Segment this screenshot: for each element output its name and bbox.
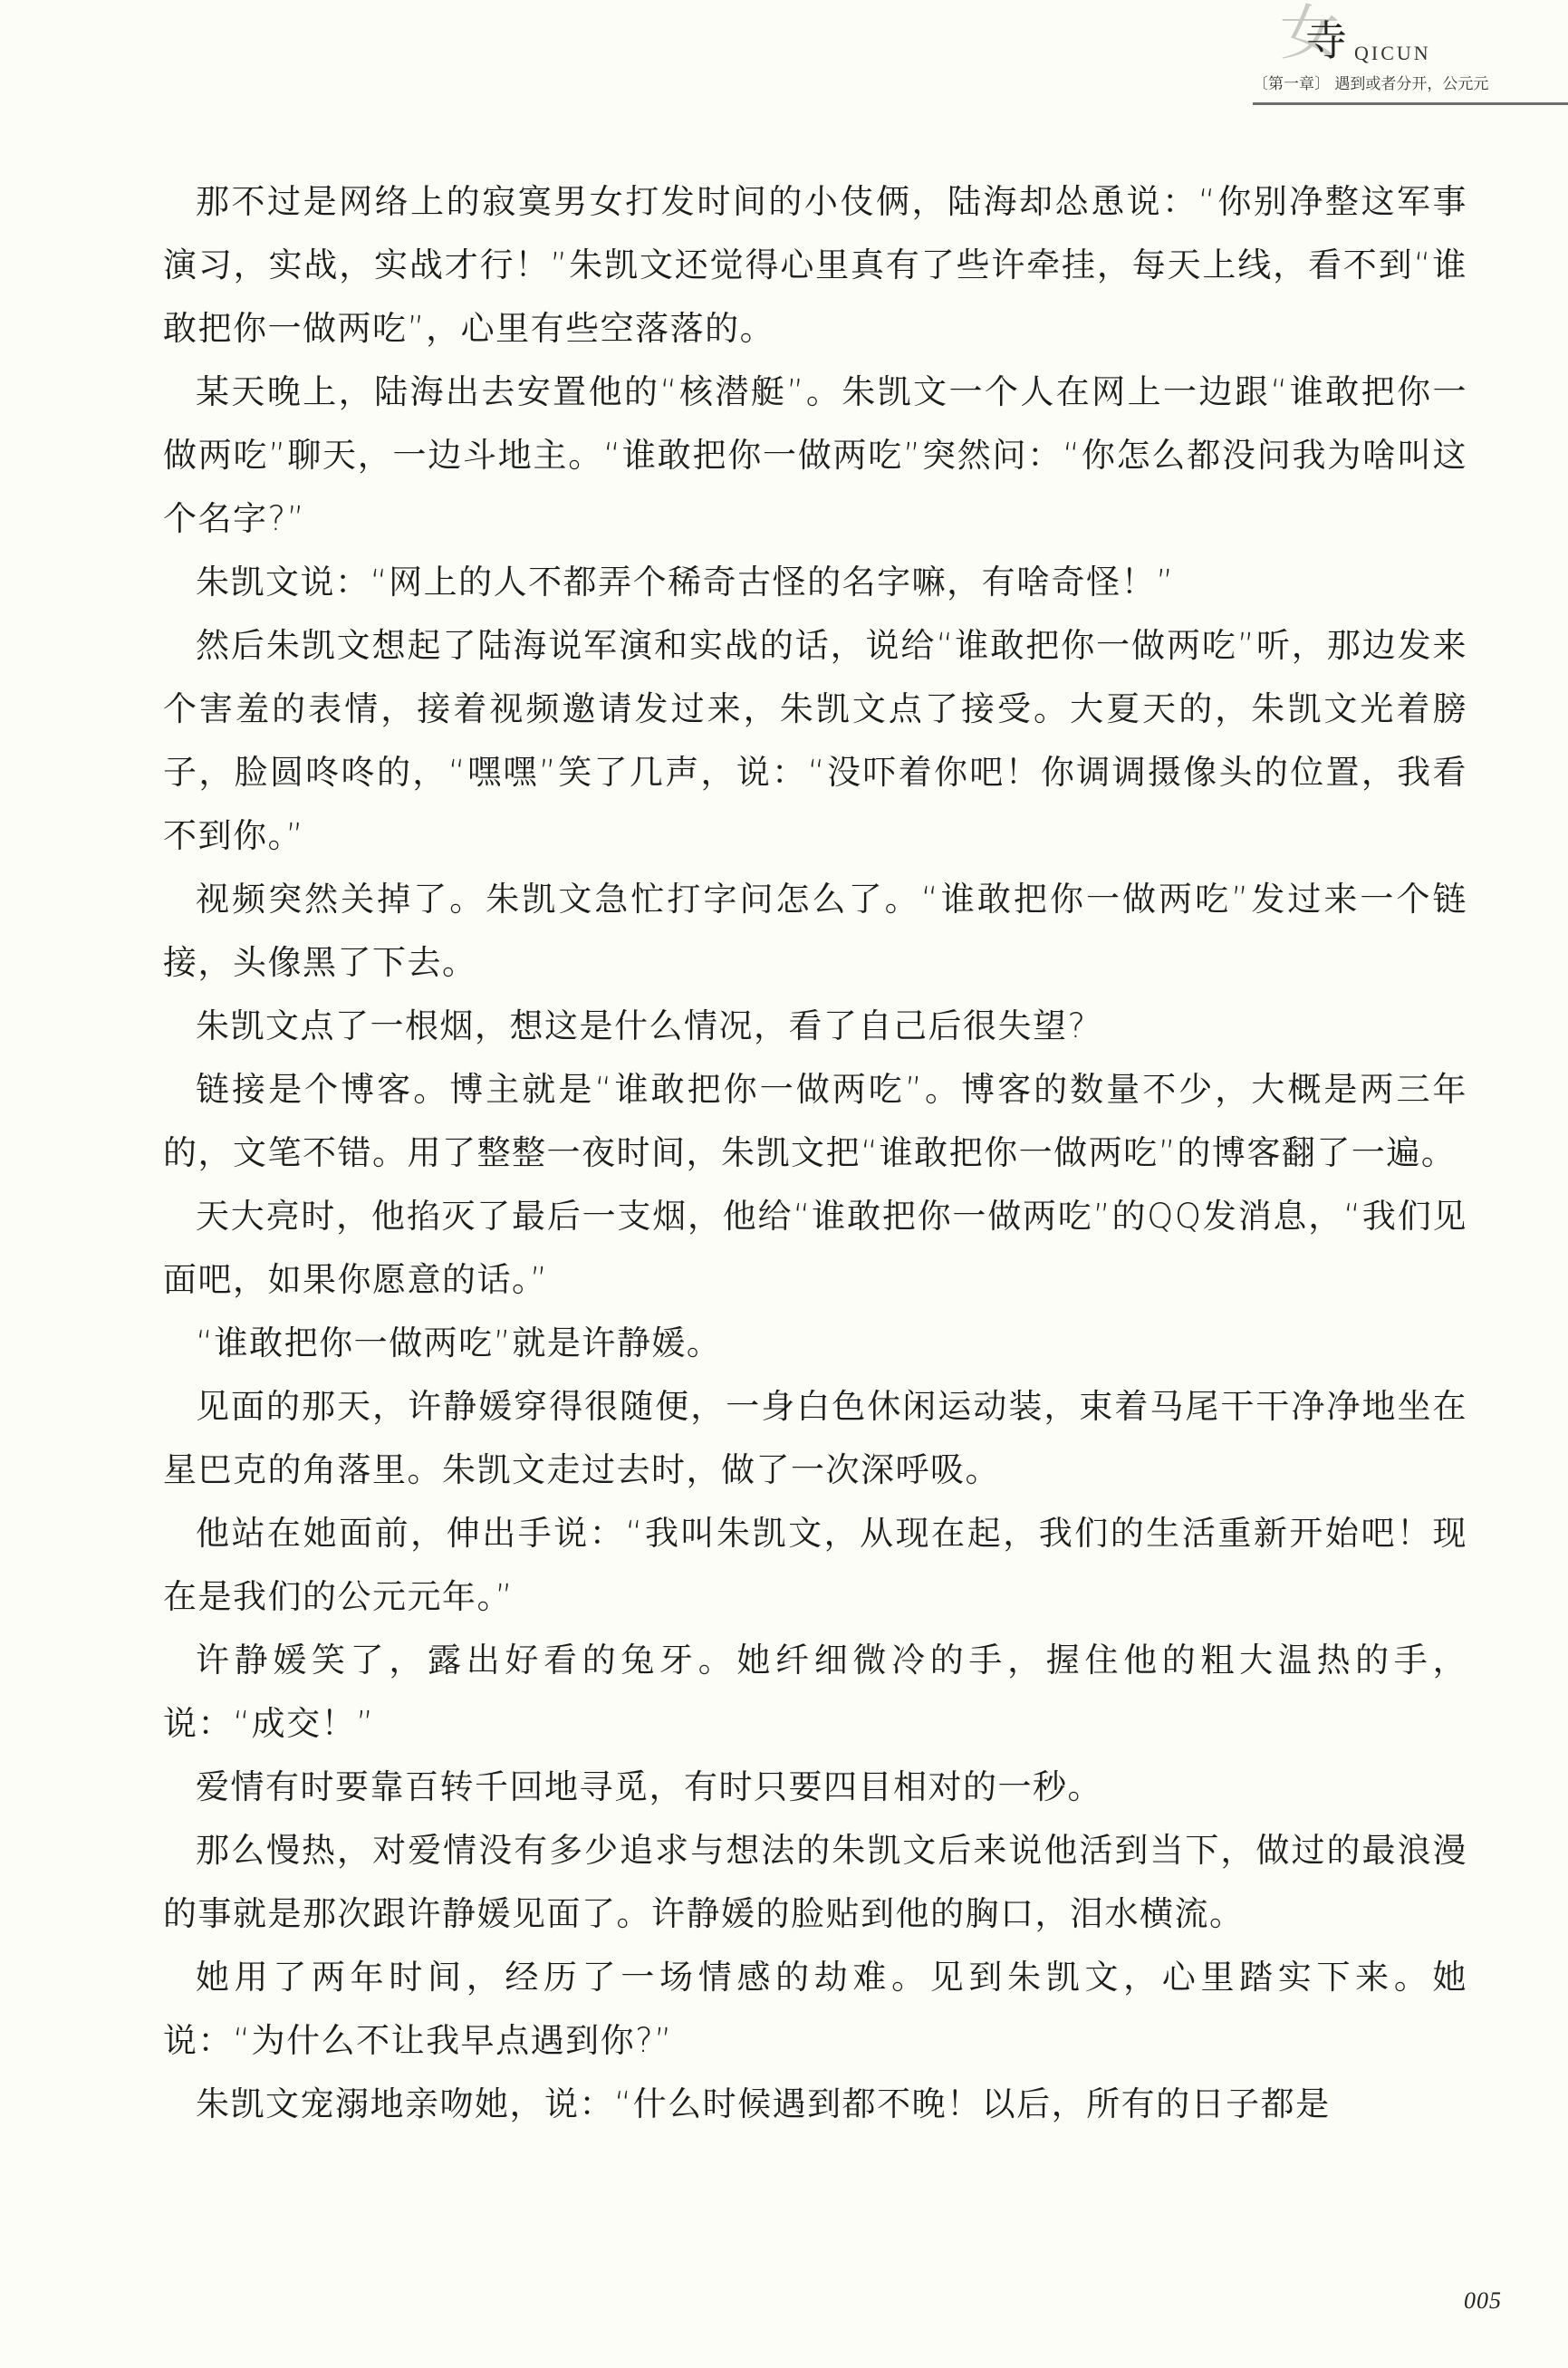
book-logo-latin: QICUN (1354, 42, 1431, 65)
paragraph: 见面的那天，许静媛穿得很随便，一身白色休闲运动装，束着马尾干干净净地坐在星巴克的… (163, 1375, 1467, 1502)
chapter-label: 〔第一章〕 遇到或者分开，公元元 (1253, 71, 1488, 93)
paragraph: 朱凯文说：“网上的人不都弄个稀奇古怪的名字嘛，有啥奇怪！” (163, 551, 1467, 614)
paragraph: 天大亮时，他掐灭了最后一支烟，他给“谁敢把你一做两吃”的QQ发消息，“我们见面吧… (163, 1185, 1467, 1312)
paragraph: 那不过是网络上的寂寞男女打发时间的小伎俩，陆海却怂恿说：“你别净整这军事演习，实… (163, 170, 1467, 361)
header-rule-divider (1253, 102, 1568, 105)
paragraph: 那么慢热，对爱情没有多少追求与想法的朱凯文后来说他活到当下，做过的最浪漫的事就是… (163, 1819, 1467, 1946)
page-number: 005 (1464, 2287, 1502, 2315)
paragraph: 朱凯文宠溺地亲吻她，说：“什么时候遇到都不晚！以后，所有的日子都是 (163, 2073, 1467, 2136)
paragraph: 许静媛笑了，露出好看的兔牙。她纤细微冷的手，握住他的粗大温热的手，说：“成交！” (163, 1629, 1467, 1756)
paragraph: 链接是个博客。博主就是“谁敢把你一做两吃”。博客的数量不少，大概是两三年的，文笔… (163, 1058, 1467, 1185)
paragraph: 他站在她面前，伸出手说：“我叫朱凯文，从现在起，我们的生活重新开始吧！现在是我们… (163, 1502, 1467, 1629)
paragraph: 爱情有时要靠百转千回地寻觅，有时只要四目相对的一秒。 (163, 1756, 1467, 1819)
page-body: 那不过是网络上的寂寞男女打发时间的小伎俩，陆海却怂恿说：“你别净整这军事演习，实… (163, 170, 1467, 2136)
paragraph: 某天晚上，陆海出去安置他的“核潜艇”。朱凯文一个人在网上一边跟“谁敢把你一做两吃… (163, 361, 1467, 551)
book-logo-small-glyph: 寺 (1305, 18, 1347, 63)
paragraph: 然后朱凯文想起了陆海说军演和实战的话，说给“谁敢把你一做两吃”听，那边发来个害羞… (163, 614, 1467, 868)
paragraph: 朱凯文点了一根烟，想这是什么情况，看了自己后很失望? (163, 995, 1467, 1058)
paragraph: “谁敢把你一做两吃”就是许静媛。 (163, 1312, 1467, 1375)
paragraph: 她用了两年时间，经历了一场情感的劫难。见到朱凯文，心里踏实下来。她说：“为什么不… (163, 1946, 1467, 2073)
running-header: 女 寺 QICUN 〔第一章〕 遇到或者分开，公元元 (1253, 0, 1568, 101)
paragraph: 视频突然关掉了。朱凯文急忙打字问怎么了。“谁敢把你一做两吃”发过来一个链接，头像… (163, 868, 1467, 995)
